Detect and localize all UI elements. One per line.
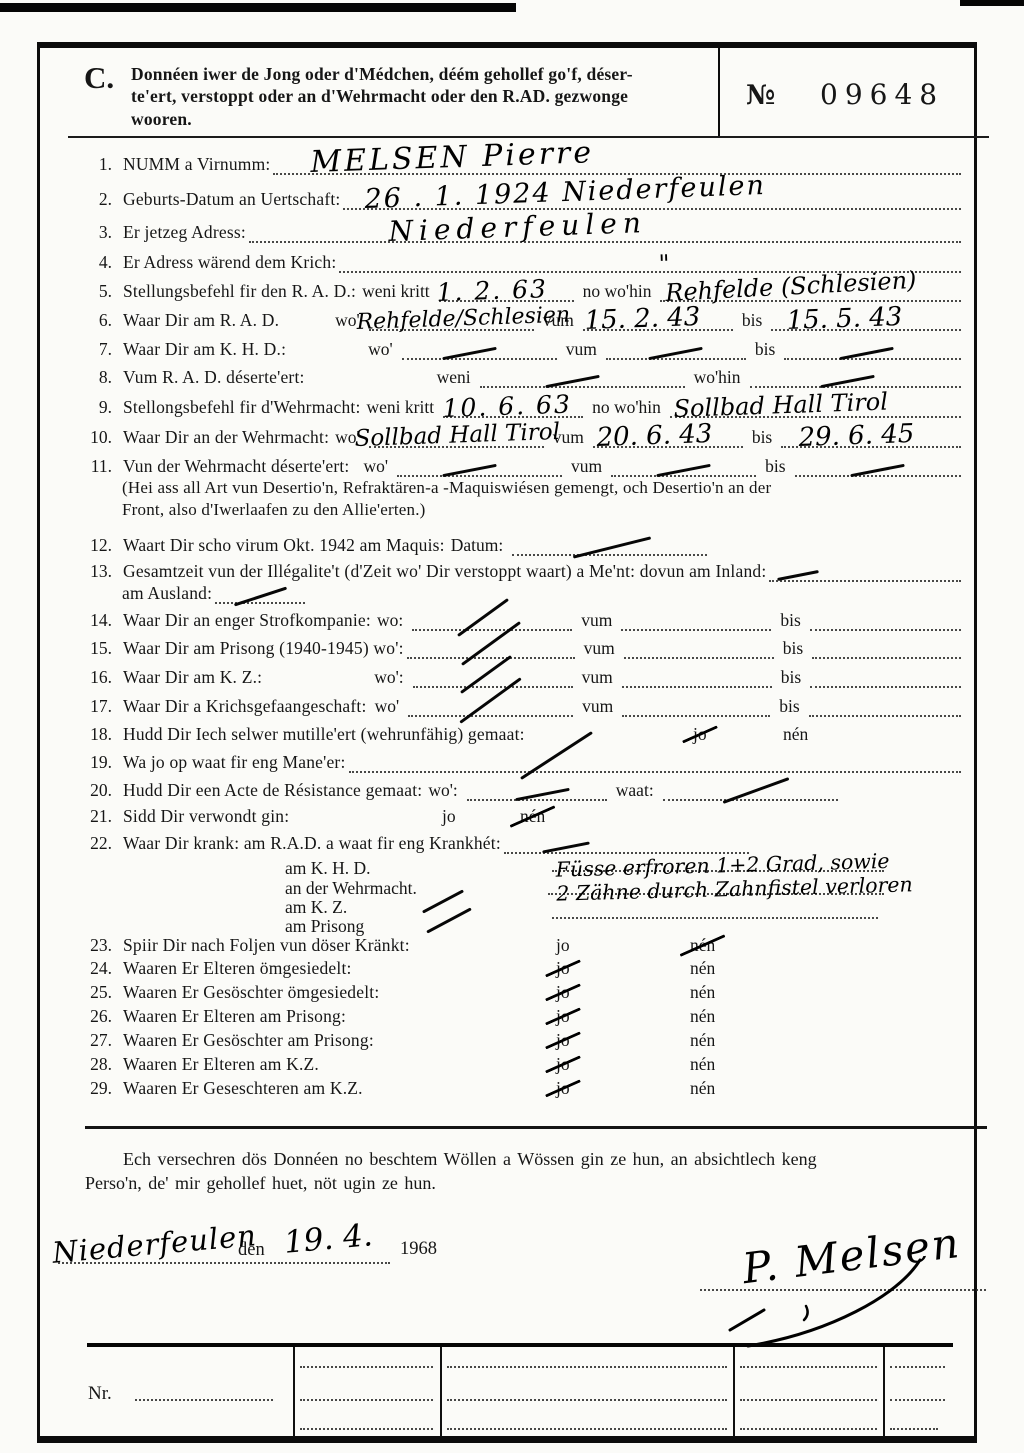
field-label: vum: [566, 339, 597, 360]
row-label: Waar Dir a Krichsgefaangeschaft:: [123, 696, 367, 717]
form-row-14: 14. Waar Dir an enger Strofkompanie: wo:…: [48, 610, 964, 631]
form-row-3: 3. Er jetzeg Adress: Niederfeulen: [48, 222, 964, 243]
row-22-sub-khd: am K. H. D.: [285, 858, 371, 879]
dotted-field: [795, 468, 961, 477]
strike-mark: [573, 536, 651, 558]
handwritten-ditto-mark: ": [659, 252, 671, 276]
declaration-text: Ech versechren dös Donnéen no beschtem W…: [85, 1148, 973, 1196]
scan-top-right-bar: [960, 0, 1024, 6]
row-label: Waar Dir an enger Strofkompanie:: [123, 610, 371, 631]
field-label: wo':: [428, 780, 457, 801]
row-label: Waar Dir am R. A. D.: [123, 310, 279, 331]
form-row-27: 27. Waaren Er Gesöschter am Prisong: jo …: [48, 1030, 964, 1051]
dotted-field: [622, 708, 770, 717]
handwritten-name: MELSEN Pierre: [310, 138, 595, 178]
form-row-1: 1. NUMM a Virnumm: MELSEN Pierre: [48, 154, 964, 175]
number-sign: №: [746, 80, 775, 111]
field-label: bis: [781, 667, 801, 688]
form-row-7: 7. Waar Dir am K. H. D.: wo' vum bis: [48, 339, 964, 360]
dotted-field: [890, 1428, 938, 1430]
table-column-line: [733, 1347, 735, 1437]
row-number: 6.: [48, 310, 123, 331]
form-row-5: 5. Stellungsbefehl fir den R. A. D.: wen…: [48, 281, 964, 302]
form-row-6: 6. Waar Dir am R. A. D. wo' Rehfelde/Sch…: [48, 310, 964, 331]
dotted-field: [413, 679, 573, 688]
strike-mark: [850, 464, 905, 477]
dotted-field: [621, 622, 771, 631]
answer-nen: nén: [690, 982, 715, 1003]
dotted-field: [447, 1366, 727, 1368]
field-label: bis: [742, 310, 762, 331]
form-row-25: 25. Waaren Er Gesöschter ömgesiedelt: jo…: [48, 982, 964, 1003]
table-column-line: [293, 1347, 295, 1437]
row-number: 15.: [48, 638, 123, 659]
answer-jo: jo: [556, 958, 570, 979]
form-row-29: 29. Waaren Er Geseschteren am K.Z. jo né…: [48, 1078, 964, 1099]
dotted-field: [447, 1399, 727, 1401]
form-row-15: 15. Waar Dir am Prisong (1940-1945) wo':…: [48, 638, 964, 659]
row-label: Waar Dir krank: am R.A.D. a waat fir eng…: [123, 833, 501, 854]
dotted-field: [480, 379, 685, 388]
strike-mark: [234, 587, 287, 607]
row-22-sub-kz: am K. Z.: [285, 897, 347, 918]
row-number: 9.: [48, 397, 123, 418]
dotted-field: Sollbad Hall Tirol: [670, 409, 961, 418]
handwritten-illness-note: Füsse erfroren 1+2 Grad, sowie 2 Zähne d…: [555, 849, 913, 905]
signature-flourish: [668, 1238, 948, 1368]
field-label: no wo'hin: [583, 281, 652, 302]
dotted-field: [300, 1366, 433, 1368]
row-number: 16.: [48, 667, 123, 688]
dotted-field: [135, 1399, 273, 1401]
form-row-17: 17. Waar Dir a Krichsgefaangeschaft: wo'…: [48, 696, 964, 717]
row-label: Waaren Er Elteren ömgesiedelt:: [123, 958, 352, 979]
row-label: Vun der Wehrmacht déserte'ert:: [123, 456, 350, 477]
answer-nen: nén: [690, 1078, 715, 1099]
row-label: Er Adress wärend dem Krich:: [123, 252, 336, 273]
row-label: Sidd Dir verwondt gin:: [123, 806, 289, 827]
dotted-field: [606, 351, 746, 360]
form-row-26: 26. Waaren Er Elteren am Prisong: jo nén: [48, 1006, 964, 1027]
handwritten-place: Sollbad Hall Tirol: [354, 421, 560, 451]
section-separator: [85, 1126, 987, 1129]
dotted-field: Sollbad Hall Tirol: [369, 439, 544, 448]
row-number: 12.: [48, 535, 123, 556]
row-22-sub-wehrmacht: an der Wehrmacht.: [285, 878, 417, 899]
handwritten-place: Rehfelde/Schlesien: [356, 305, 570, 334]
table-column-line: [883, 1347, 885, 1437]
strike-mark: [648, 347, 703, 360]
nr-label: Nr.: [88, 1383, 112, 1405]
dotted-field: [810, 622, 961, 631]
dotted-field: [552, 917, 878, 919]
field-label: weni kritt: [362, 281, 430, 302]
dotted-field: [812, 650, 961, 659]
dotted-field: [624, 650, 774, 659]
answer-nen: nén: [690, 1006, 715, 1027]
dotted-field: Rehfelde (Schlesien): [660, 293, 961, 302]
dotted-field: [890, 1366, 945, 1368]
dotted-field: [769, 573, 961, 582]
row-number: 24.: [48, 958, 123, 979]
answer-jo: jo: [442, 806, 456, 827]
dotted-field: [622, 679, 772, 688]
form-row-16: 16. Waar Dir am K. Z.: wo': vum bis: [48, 667, 964, 688]
dotted-field: [407, 650, 575, 659]
answer-jo: jo: [693, 724, 707, 745]
strike-mark: [442, 464, 497, 477]
field-label: bis: [780, 610, 800, 631]
strike-mark: [542, 841, 590, 853]
form-row-11: 11. Vun der Wehrmacht déserte'ert: wo' v…: [48, 456, 964, 477]
dotted-field: [58, 1262, 276, 1264]
row-label: Waart Dir scho virum Okt. 1942 am Maquis…: [123, 535, 445, 556]
row-number: 2.: [48, 189, 123, 210]
field-label: waat:: [616, 780, 654, 801]
handwritten-date: 15. 5. 43: [786, 304, 903, 334]
field-label: Datum:: [451, 535, 504, 556]
row-number: 5.: [48, 281, 123, 302]
dotted-field: MELSEN Pierre: [273, 166, 961, 175]
row-number: 20.: [48, 780, 123, 801]
strike-mark: [545, 375, 600, 388]
strike-mark: [656, 464, 711, 477]
row-label: Waaren Er Elteren am Prisong:: [123, 1006, 346, 1027]
answer-nen: nén: [690, 958, 715, 979]
field-label: vum: [571, 456, 602, 477]
row-label: Waaren Er Gesöschter am Prisong:: [123, 1030, 374, 1051]
answer-jo: jo: [556, 935, 570, 956]
row-22-sub-prisong: am Prisong: [285, 916, 364, 937]
field-label: bis: [755, 339, 775, 360]
dotted-field: [300, 1399, 433, 1401]
scan-top-bar: [0, 3, 516, 12]
dotted-field: [750, 379, 961, 388]
row-label: Geburts-Datum an Uertschaft:: [123, 189, 340, 210]
field-label: vum: [584, 638, 615, 659]
dotted-field: [349, 764, 961, 773]
answer-jo: jo: [556, 1030, 570, 1051]
row-label: Hudd Dir een Acte de Résistance gemaat:: [123, 780, 422, 801]
row-number: 25.: [48, 982, 123, 1003]
handwritten-address: Niederfeulen: [388, 209, 647, 246]
field-label: wo':: [374, 667, 403, 688]
section-letter: C.: [84, 60, 114, 96]
answer-jo: jo: [556, 1054, 570, 1075]
row-number: 27.: [48, 1030, 123, 1051]
dotted-field: [740, 1428, 877, 1430]
dotted-field: Rehfelde/Schlesien: [369, 322, 534, 331]
dotted-field: 20. 6. 43: [593, 439, 743, 448]
field-label: wo': [364, 456, 389, 477]
dotted-field: Niederfeulen: [249, 234, 961, 243]
field-label: vum: [582, 696, 613, 717]
dotted-field: [402, 351, 557, 360]
form-row-13b: am Ausland:: [122, 583, 522, 604]
dotted-field: [467, 792, 607, 801]
form-row-28: 28. Waaren Er Elteren am K.Z. jo nén: [48, 1054, 964, 1075]
row-number: 21.: [48, 806, 123, 827]
dotted-field: 1. 2. 63: [439, 293, 574, 302]
dotted-field: 15. 2. 43: [583, 322, 733, 331]
dotted-field: 26 . 1. 1924 Niederfeulen: [343, 201, 961, 210]
row-label: Waaren Er Elteren am K.Z.: [123, 1054, 319, 1075]
form-row-13: 13. Gesamtzeit vun der Illégalite't (d'Z…: [48, 561, 964, 582]
field-label: vum: [581, 610, 612, 631]
row-label: Waar Dir am Prisong (1940-1945) wo':: [123, 638, 404, 659]
den-label: den: [238, 1240, 265, 1261]
row-label: Waaren Er Geseschteren am K.Z.: [123, 1078, 363, 1099]
field-label: weni kritt: [367, 397, 435, 418]
field-label: vum: [582, 667, 613, 688]
field-label: am Ausland:: [122, 583, 212, 604]
field-label: bis: [752, 427, 772, 448]
field-label: wo': [368, 339, 393, 360]
form-row-8: 8. Vum R. A. D. déserte'ert: weni wo'hin: [48, 367, 964, 388]
row-number: 8.: [48, 367, 123, 388]
form-row-19: 19. Wa jo op waat fir eng Mane'er:: [48, 752, 964, 773]
dotted-field: [740, 1366, 877, 1368]
header-paragraph: Donnéen iwer de Jong oder d'Médchen, déé…: [131, 63, 716, 130]
answer-nen: nén: [690, 935, 715, 956]
dotted-field: [740, 1399, 877, 1401]
row-label: Wa jo op waat fir eng Mane'er:: [123, 752, 346, 773]
handwritten-date: 15. 2. 43: [584, 304, 701, 334]
table-top-rule: [87, 1343, 953, 1347]
row-number: 3.: [48, 222, 123, 243]
row-label: Waar Dir an der Wehrmacht:: [123, 427, 329, 448]
row-label: Stellungsbefehl fir den R. A. D.:: [123, 281, 356, 302]
dotted-field: [408, 708, 573, 717]
field-label: wo': [375, 696, 400, 717]
answer-nen: nén: [520, 806, 545, 827]
row-number: 17.: [48, 696, 123, 717]
answer-jo: jo: [556, 982, 570, 1003]
row-label: Vum R. A. D. déserte'ert:: [123, 367, 305, 388]
row-number: 13.: [48, 561, 123, 582]
dotted-field: [809, 708, 961, 717]
row-number: 4.: [48, 252, 123, 273]
field-label: weni: [437, 367, 471, 388]
row-label: Waaren Er Gesöschter ömgesiedelt:: [123, 982, 379, 1003]
strike-mark: [820, 375, 875, 388]
strike-mark: [515, 788, 570, 801]
dotted-field: [784, 351, 961, 360]
row-label: Waar Dir am K. Z.:: [123, 667, 262, 688]
dotted-field: [663, 792, 838, 801]
dotted-field: 10. 6. 63: [443, 409, 583, 418]
answer-nen: nén: [783, 724, 808, 745]
table-column-line: [440, 1347, 442, 1437]
answer-jo: jo: [556, 1078, 570, 1099]
form-row-2: 2. Geburts-Datum an Uertschaft: 26 . 1. …: [48, 189, 964, 210]
row-label: Stellongsbefehl fir d'Wehrmacht:: [123, 397, 361, 418]
answer-nen: nén: [690, 1030, 715, 1051]
row-number: 23.: [48, 935, 123, 956]
field-label: bis: [783, 638, 803, 659]
dotted-field: [397, 468, 562, 477]
strike-mark: [840, 347, 895, 360]
row-number: 28.: [48, 1054, 123, 1075]
field-label: wo:: [377, 610, 403, 631]
row-number: 10.: [48, 427, 123, 448]
row-number: 7.: [48, 339, 123, 360]
row-number: 19.: [48, 752, 123, 773]
row-label: Waar Dir am K. H. D.:: [123, 339, 286, 360]
row-number: 1.: [48, 154, 123, 175]
field-label: no wo'hin: [592, 397, 661, 418]
form-row-21: 21. Sidd Dir verwondt gin: jo nén: [48, 806, 964, 827]
form-row-18: 18. Hudd Dir Iech selwer mutille'ert (we…: [48, 724, 964, 745]
row-label: Er jetzeg Adress:: [123, 222, 246, 243]
dotted-field: 15. 5. 43: [771, 322, 961, 331]
form-row-9: 9. Stellongsbefehl fir d'Wehrmacht: weni…: [48, 397, 964, 418]
dotted-field: [278, 1262, 390, 1264]
row-number: 18.: [48, 724, 123, 745]
handwritten-date: 1. 2. 63: [436, 276, 548, 305]
row-number: 11.: [48, 456, 123, 477]
row-label: Hudd Dir Iech selwer mutille'ert (wehrun…: [123, 724, 525, 745]
dotted-field: [890, 1399, 945, 1401]
strike-mark: [722, 777, 789, 804]
form-row-12: 12. Waart Dir scho virum Okt. 1942 am Ma…: [48, 535, 964, 556]
dotted-field: 29. 6. 45: [781, 439, 961, 448]
field-label: wo'hin: [694, 367, 741, 388]
dotted-field: [447, 1428, 727, 1430]
row-11-note: (Hei ass all Art vun Desertio'n, Refrakt…: [122, 477, 962, 521]
form-row-24: 24. Waaren Er Elteren ömgesiedelt: jo né…: [48, 958, 964, 979]
row-number: 26.: [48, 1006, 123, 1027]
strike-mark: [442, 347, 497, 360]
form-row-23: 23. Spiir Dir nach Foljen vun döser Krän…: [48, 935, 964, 956]
row-number: 22.: [48, 833, 123, 854]
row-number: 29.: [48, 1078, 123, 1099]
dotted-field: [215, 595, 305, 604]
dotted-field: [300, 1428, 433, 1430]
dotted-field: [810, 679, 961, 688]
form-serial-number: 09648: [820, 78, 944, 111]
strike-mark: [778, 570, 820, 581]
row-number: 14.: [48, 610, 123, 631]
header-divider: [718, 45, 720, 137]
form-row-20: 20. Hudd Dir een Acte de Résistance gema…: [48, 780, 964, 801]
answer-jo: jo: [556, 1006, 570, 1027]
row-label: NUMM a Virnumm:: [123, 154, 270, 175]
answer-nen: nén: [690, 1054, 715, 1075]
row-label: Gesamtzeit vun der Illégalite't (d'Zeit …: [123, 561, 766, 582]
dotted-field: [412, 622, 572, 631]
form-row-10: 10. Waar Dir an der Wehrmacht: wo' Sollb…: [48, 427, 964, 448]
handwritten-date: 10. 6. 63: [442, 392, 572, 421]
handwritten-date: 29. 6. 45: [798, 421, 915, 451]
handwritten-place: Sollbad Hall Tirol: [673, 390, 888, 421]
field-label: bis: [765, 456, 785, 477]
year-label: 1968: [400, 1239, 437, 1260]
dotted-field: [512, 547, 707, 556]
handwritten-date: 20. 6. 43: [596, 421, 713, 451]
dotted-field: [611, 468, 756, 477]
row-label: Spiir Dir nach Foljen vun döser Kränkt:: [123, 935, 410, 956]
field-label: bis: [779, 696, 799, 717]
